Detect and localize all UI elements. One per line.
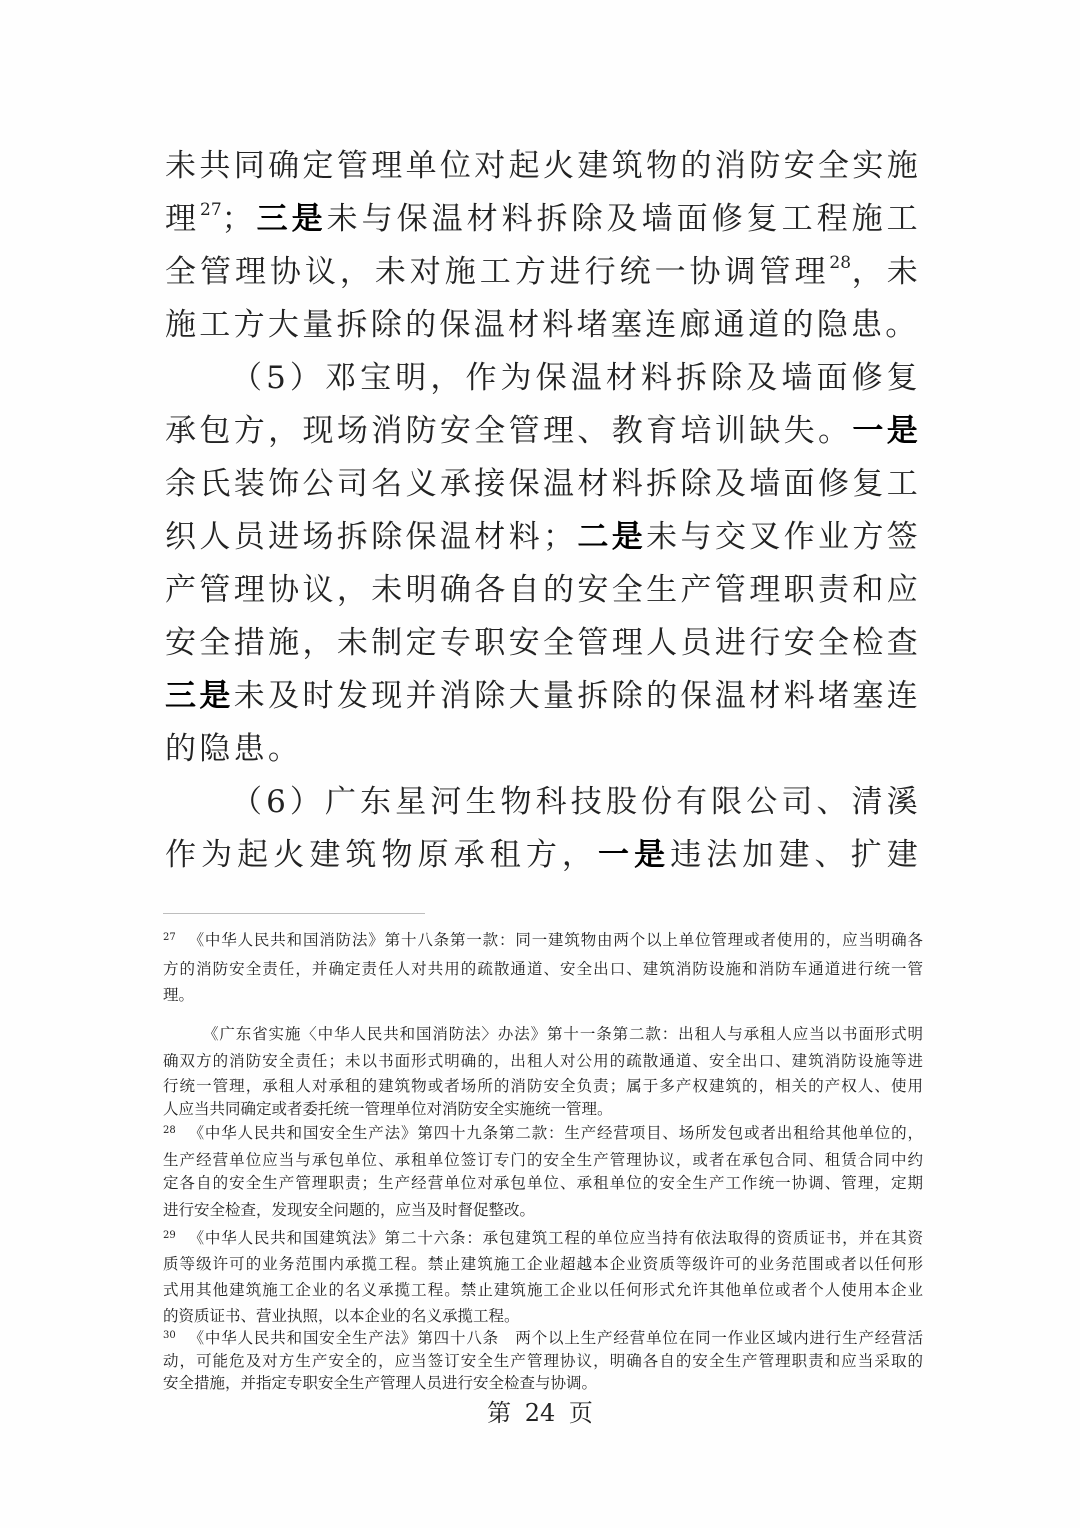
footnote-line: 动，可能危及对方生产安全的，应当签订安全生产管理协议，明确各自的安全生产管理职责… bbox=[163, 1349, 923, 1373]
footnote-line: 进行安全检查，发现安全问题的，应当及时督促整改。 bbox=[163, 1198, 923, 1222]
footnote-line: 的资质证书、营业执照，以本企业的名义承揽工程。 bbox=[163, 1304, 923, 1328]
body-line: 理27；三是未与保温材料拆除及墙面修复工程施工方签订安 bbox=[165, 193, 921, 246]
emphasis: 一是 bbox=[852, 413, 921, 449]
footnote-text: 《广东省实施〈中华人民共和国消防法〉办法》第十一条第二款：出租人与承租人应当以书… bbox=[203, 1025, 923, 1043]
footnote-text: 行统一管理，承租人对承租的建筑物或者场所的消防安全负责；属于多产权建筑的，相关的… bbox=[163, 1077, 923, 1095]
footnote-line: 28《中华人民共和国安全生产法》第四十九条第二款：生产经营项目、场所发包或者出租… bbox=[163, 1121, 923, 1145]
footnote-number: 29 bbox=[163, 1230, 176, 1241]
body-line: 产管理协议，未明确各自的安全生产管理职责和应当采取的 bbox=[165, 564, 921, 617]
text: 作为起火建筑物原承租方， bbox=[165, 837, 598, 873]
emphasis: 三是 bbox=[256, 201, 327, 237]
footnote-line: 理。 bbox=[163, 983, 923, 1007]
text: （6）广东星河生物科技股份有限公司、清溪分公司， bbox=[231, 784, 921, 829]
body-line: （6）广东星河生物科技股份有限公司、清溪分公司， bbox=[165, 776, 921, 829]
footnote-line: 安全措施，并指定专职安全生产管理人员进行安全检查与协调。 bbox=[163, 1371, 923, 1395]
body-line: 施工方大量拆除的保温材料堵塞连廊通道的隐患。 bbox=[165, 299, 921, 352]
footnote-line: 30《中华人民共和国安全生产法》第四十八条 两个以上生产经营单位在同一作业区域内… bbox=[163, 1326, 923, 1350]
text: 安全措施，未制定专职安全管理人员进行安全检查与协调 bbox=[165, 625, 921, 670]
footnote-text: 方的消防安全责任，并确定责任人对共用的疏散通道、安全出口、建筑消防设施和消防车通… bbox=[163, 960, 923, 978]
body-line: 承包方，现场消防安全管理、教育培训缺失。一是违法借用 bbox=[165, 405, 921, 458]
body-line: 的隐患。 bbox=[165, 723, 921, 776]
footnote-line: 定各自的安全生产管理职责；生产经营单位对承包单位、承租单位的安全生产工作统一协调… bbox=[163, 1171, 923, 1195]
text: 未及时发现并消除大量拆除的保温材料堵塞连廊通道 bbox=[165, 678, 921, 723]
emphasis: 三是 bbox=[165, 678, 234, 714]
footnote-text: 进行安全检查，发现安全问题的，应当及时督促整改。 bbox=[163, 1201, 535, 1219]
footnote-text: 安全措施，并指定专职安全生产管理人员进行安全检查与协调。 bbox=[163, 1374, 597, 1392]
footnote-line: 27《中华人民共和国消防法》第十八条第一款：同一建筑物由两个以上单位管理或者使用… bbox=[163, 928, 923, 952]
text: 施工方大量拆除的保温材料堵塞连廊通道的隐患。 bbox=[165, 307, 920, 343]
footnote-number: 28 bbox=[163, 1125, 176, 1136]
footnote-line: 方的消防安全责任，并确定责任人对共用的疏散通道、安全出口、建筑消防设施和消防车通… bbox=[163, 957, 923, 981]
text: 织人员进场拆除保温材料； bbox=[165, 519, 577, 555]
footnote-text: 《中华人民共和国消防法》第十八条第一款：同一建筑物由两个以上单位管理或者使用的，… bbox=[188, 931, 923, 949]
footnote-text: 定各自的安全生产管理职责；生产经营单位对承包单位、承租单位的安全生产工作统一协调… bbox=[163, 1174, 923, 1192]
footnote-text: 生产经营单位应当与承包单位、承租单位签订专门的安全生产管理协议，或者在承包合同、… bbox=[163, 1151, 923, 1169]
body-line: 三是未及时发现并消除大量拆除的保温材料堵塞连廊通道 bbox=[165, 670, 921, 723]
text: 承包方，现场消防安全管理、教育培训缺失。 bbox=[165, 413, 852, 449]
footnote-line: 确双方的消防安全责任；未以书面形式明确的，出租人对公用的疏散通道、安全出口、建筑… bbox=[163, 1049, 923, 1073]
footnote-text: 《中华人民共和国安全生产法》第四十九条第二款：生产经营项目、场所发包或者出租给其… bbox=[188, 1124, 923, 1142]
page-number: 第 24 页 bbox=[0, 1398, 1080, 1428]
body-line: 余氏装饰公司名义承接保温材料拆除及墙面修复工程29，组 bbox=[165, 458, 921, 511]
footnote-text: 《中华人民共和国建筑法》第二十六条：承包建筑工程的单位应当持有依法取得的资质证书… bbox=[188, 1229, 923, 1247]
footnote-line: 生产经营单位应当与承包单位、承租单位签订专门的安全生产管理协议，或者在承包合同、… bbox=[163, 1148, 923, 1172]
footnote-line: 《广东省实施〈中华人民共和国消防法〉办法》第十一条第二款：出租人与承租人应当以书… bbox=[163, 1022, 923, 1046]
text: （5）邓宝明，作为保温材料拆除及墙面修复工程实际 bbox=[231, 360, 921, 405]
body-line: 全管理协议，未对施工方进行统一协调管理28，未及时发现 bbox=[165, 246, 921, 299]
footnote-line: 质等级许可的业务范围内承揽工程。禁止建筑施工企业超越本企业资质等级许可的业务范围… bbox=[163, 1252, 923, 1276]
text: 理 bbox=[165, 201, 200, 237]
footnote-text: 式用其他建筑施工企业的名义承揽工程。禁止建筑施工企业以任何形式允许其他单位或者个… bbox=[163, 1281, 923, 1299]
body-line: 织人员进场拆除保温材料；二是未与交叉作业方签订安全生 bbox=[165, 511, 921, 564]
text: ； bbox=[222, 201, 256, 237]
body-line: 作为起火建筑物原承租方，一是违法加建、扩建 16000 余平 bbox=[165, 829, 921, 882]
footnote-text: 质等级许可的业务范围内承揽工程。禁止建筑施工企业超越本企业资质等级许可的业务范围… bbox=[163, 1255, 923, 1273]
footnote-number: 27 bbox=[163, 932, 176, 943]
emphasis: 二是 bbox=[577, 519, 646, 555]
footnote-ref: 27 bbox=[200, 200, 222, 220]
text: 的隐患。 bbox=[165, 731, 302, 767]
footnote-line: 29《中华人民共和国建筑法》第二十六条：承包建筑工程的单位应当持有依法取得的资质… bbox=[163, 1226, 923, 1250]
footnote-separator bbox=[163, 913, 425, 914]
footnote-text: 人应当共同确定或者委托统一管理单位对消防安全实施统一管理。 bbox=[163, 1100, 613, 1118]
footnote-line: 行统一管理，承租人对承租的建筑物或者场所的消防安全负责；属于多产权建筑的，相关的… bbox=[163, 1074, 923, 1098]
text: 全管理协议，未对施工方进行统一协调管理 bbox=[165, 254, 829, 290]
footnote-ref: 28 bbox=[829, 253, 851, 273]
emphasis: 一是 bbox=[598, 837, 670, 873]
footnote-text: 的资质证书、营业执照，以本企业的名义承揽工程。 bbox=[163, 1307, 520, 1325]
footnote-text: 确双方的消防安全责任；未以书面形式明确的，出租人对公用的疏散通道、安全出口、建筑… bbox=[163, 1052, 923, 1070]
footnote-text: 《中华人民共和国安全生产法》第四十八条 两个以上生产经营单位在同一作业区域内进行… bbox=[188, 1329, 923, 1347]
body-line: 安全措施，未制定专职安全管理人员进行安全检查与协调30； bbox=[165, 617, 921, 670]
text: 未共同确定管理单位对起火建筑物的消防安全实施统一管 bbox=[165, 148, 921, 193]
footnote-text: 动，可能危及对方生产安全的，应当签订安全生产管理协议，明确各自的安全生产管理职责… bbox=[163, 1352, 923, 1370]
footnote-line: 式用其他建筑施工企业的名义承揽工程。禁止建筑施工企业以任何形式允许其他单位或者个… bbox=[163, 1278, 923, 1302]
text: 余氏装饰公司名义承接保温材料拆除及墙面修复工程 bbox=[165, 466, 921, 511]
body-line: 未共同确定管理单位对起火建筑物的消防安全实施统一管 bbox=[165, 140, 921, 193]
footnote-text: 理。 bbox=[163, 986, 194, 1004]
document-page: 未共同确定管理单位对起火建筑物的消防安全实施统一管理27；三是未与保温材料拆除及… bbox=[0, 0, 1080, 1528]
body-line: （5）邓宝明，作为保温材料拆除及墙面修复工程实际 bbox=[165, 352, 921, 405]
text: 产管理协议，未明确各自的安全生产管理职责和应当采取的 bbox=[165, 572, 921, 617]
footnote-line: 人应当共同确定或者委托统一管理单位对消防安全实施统一管理。 bbox=[163, 1097, 923, 1121]
footnote-number: 30 bbox=[163, 1330, 176, 1341]
